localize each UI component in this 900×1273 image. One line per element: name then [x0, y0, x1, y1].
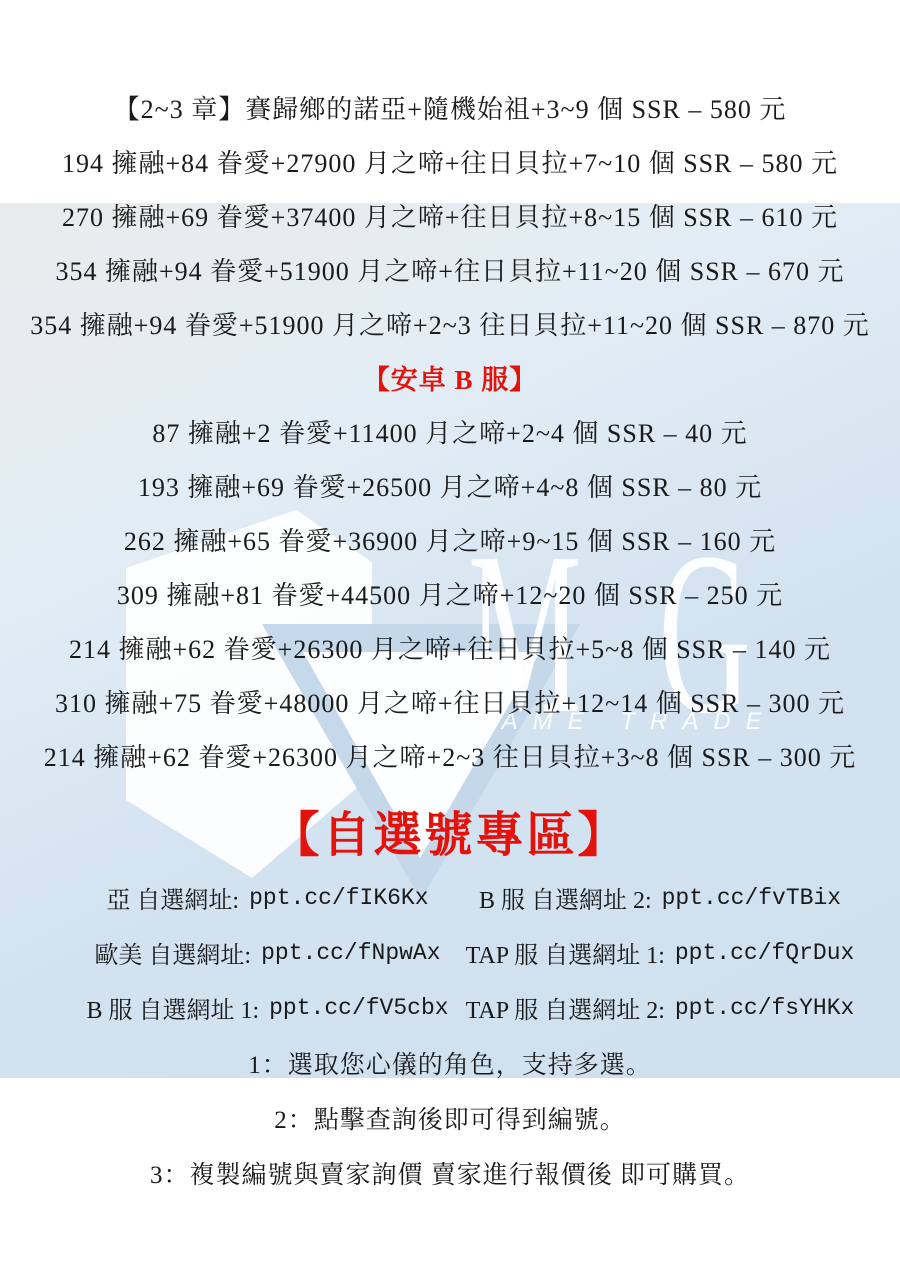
- price-list-section-b: 87 擁融+2 眷愛+11400 月之啼+2~4 個 SSR – 40 元 19…: [0, 404, 900, 782]
- link-label: TAP 服 自選網址 2:: [466, 990, 665, 1025]
- link-label: 亞 自選網址:: [106, 880, 239, 915]
- price-line: 【2~3 章】賽歸鄉的諾亞+隨機始祖+3~9 個 SSR – 580 元: [0, 80, 900, 134]
- link-asia: 亞 自選網址: ppt.cc/fIK6Kx: [30, 870, 450, 925]
- price-line-text: 310 擁融+75 眷愛+48000 月之啼+往日貝拉+12~14 個 SSR …: [55, 683, 845, 720]
- link-url[interactable]: ppt.cc/fvTBix: [662, 885, 841, 911]
- price-line: 310 擁融+75 眷愛+48000 月之啼+往日貝拉+12~14 個 SSR …: [0, 674, 900, 728]
- price-line: 214 擁融+62 眷愛+26300 月之啼+往日貝拉+5~8 個 SSR – …: [0, 620, 900, 674]
- price-line-text: 193 擁融+69 眷愛+26500 月之啼+4~8 個 SSR – 80 元: [138, 467, 762, 504]
- link-url[interactable]: ppt.cc/fsYHKx: [675, 995, 854, 1021]
- price-line-text: 270 擁融+69 眷愛+37400 月之啼+往日貝拉+8~15 個 SSR –…: [62, 197, 838, 234]
- custom-zone-heading-text: 【自選號專區】: [271, 796, 628, 865]
- section-heading-android-b: 【安卓 B 服】: [0, 350, 900, 404]
- price-line: 214 擁融+62 眷愛+26300 月之啼+2~3 往日貝拉+3~8 個 SS…: [0, 728, 900, 782]
- link-label: B 服 自選網址 1:: [86, 990, 259, 1025]
- price-line-text: 194 擁融+84 眷愛+27900 月之啼+往日貝拉+7~10 個 SSR –…: [62, 143, 838, 180]
- instructions-list: 1：選取您心儀的角色，支持多選。 2：點擊查詢後即可得到編號。 3：複製編號與賣…: [0, 1035, 900, 1200]
- price-line: 87 擁融+2 眷愛+11400 月之啼+2~4 個 SSR – 40 元: [0, 404, 900, 458]
- link-label: 歐美 自選網址:: [94, 935, 251, 970]
- instruction-text: 1：選取您心儀的角色，支持多選。: [248, 1045, 652, 1081]
- link-b-server-1: B 服 自選網址 1: ppt.cc/fV5cbx: [30, 980, 450, 1035]
- link-url[interactable]: ppt.cc/fNpwAx: [261, 940, 440, 966]
- link-url[interactable]: ppt.cc/fIK6Kx: [249, 885, 428, 911]
- link-b-server-2: B 服 自選網址 2: ppt.cc/fvTBix: [450, 870, 870, 925]
- link-label: TAP 服 自選網址 1:: [466, 935, 665, 970]
- price-line: 270 擁融+69 眷愛+37400 月之啼+往日貝拉+8~15 個 SSR –…: [0, 188, 900, 242]
- link-tap-server-1: TAP 服 自選網址 1: ppt.cc/fQrDux: [450, 925, 870, 980]
- instruction-step: 2：點擊查詢後即可得到編號。: [0, 1090, 900, 1145]
- instruction-step: 3：複製編號與賣家詢價 賣家進行報價後 即可購買。: [0, 1145, 900, 1200]
- price-line-text: 309 擁融+81 眷愛+44500 月之啼+12~20 個 SSR – 250…: [117, 575, 783, 612]
- price-line-text: 214 擁融+62 眷愛+26300 月之啼+2~3 往日貝拉+3~8 個 SS…: [44, 737, 857, 774]
- custom-zone-heading: 【自選號專區】: [0, 794, 900, 866]
- price-line: 354 擁融+94 眷愛+51900 月之啼+往日貝拉+11~20 個 SSR …: [0, 242, 900, 296]
- price-line-text: 【2~3 章】賽歸鄉的諾亞+隨機始祖+3~9 個 SSR – 580 元: [114, 89, 787, 126]
- price-line-text: 214 擁融+62 眷愛+26300 月之啼+往日貝拉+5~8 個 SSR – …: [69, 629, 831, 666]
- instruction-step: 1：選取您心儀的角色，支持多選。: [0, 1035, 900, 1090]
- selection-links-grid: 亞 自選網址: ppt.cc/fIK6Kx B 服 自選網址 2: ppt.cc…: [30, 870, 870, 1035]
- link-url[interactable]: ppt.cc/fV5cbx: [269, 995, 448, 1021]
- link-label: B 服 自選網址 2:: [479, 880, 652, 915]
- price-list-section-a: 【2~3 章】賽歸鄉的諾亞+隨機始祖+3~9 個 SSR – 580 元 194…: [0, 80, 900, 350]
- link-url[interactable]: ppt.cc/fQrDux: [675, 940, 854, 966]
- price-line: 354 擁融+94 眷愛+51900 月之啼+2~3 往日貝拉+11~20 個 …: [0, 296, 900, 350]
- section-heading-text: 【安卓 B 服】: [363, 358, 538, 397]
- instruction-text: 2：點擊查詢後即可得到編號。: [274, 1100, 626, 1136]
- price-line-text: 262 擁融+65 眷愛+36900 月之啼+9~15 個 SSR – 160 …: [124, 521, 776, 558]
- price-line: 193 擁融+69 眷愛+26500 月之啼+4~8 個 SSR – 80 元: [0, 458, 900, 512]
- price-line-text: 87 擁融+2 眷愛+11400 月之啼+2~4 個 SSR – 40 元: [152, 413, 747, 450]
- flyer-content: 【2~3 章】賽歸鄉的諾亞+隨機始祖+3~9 個 SSR – 580 元 194…: [0, 0, 900, 1200]
- price-line-text: 354 擁融+94 眷愛+51900 月之啼+往日貝拉+11~20 個 SSR …: [55, 251, 844, 288]
- link-eu-us: 歐美 自選網址: ppt.cc/fNpwAx: [30, 925, 450, 980]
- price-line: 309 擁融+81 眷愛+44500 月之啼+12~20 個 SSR – 250…: [0, 566, 900, 620]
- link-tap-server-2: TAP 服 自選網址 2: ppt.cc/fsYHKx: [450, 980, 870, 1035]
- price-line-text: 354 擁融+94 眷愛+51900 月之啼+2~3 往日貝拉+11~20 個 …: [30, 305, 870, 342]
- instruction-text: 3：複製編號與賣家詢價 賣家進行報價後 即可購買。: [150, 1155, 750, 1191]
- price-line: 262 擁融+65 眷愛+36900 月之啼+9~15 個 SSR – 160 …: [0, 512, 900, 566]
- price-line: 194 擁融+84 眷愛+27900 月之啼+往日貝拉+7~10 個 SSR –…: [0, 134, 900, 188]
